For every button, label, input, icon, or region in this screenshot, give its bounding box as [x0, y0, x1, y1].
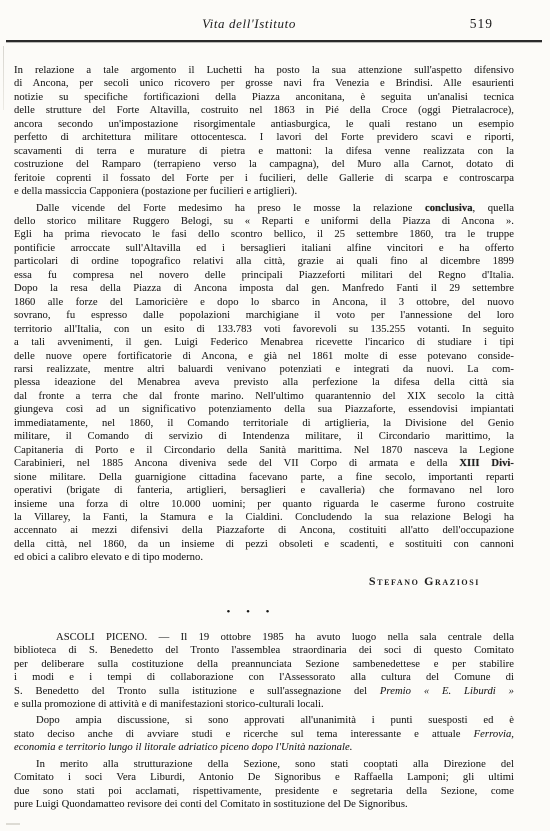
text-line: perfetto di architettura militare ottoce… — [14, 131, 514, 144]
text-line: immediatamente, nel 1860, il Comando ter… — [14, 417, 514, 430]
author-signature: Stefano Graziosi — [14, 574, 514, 589]
text-line: dal fronte a terra che dal fronte marino… — [14, 390, 514, 403]
paragraph: In merito alla strutturazione della Sezi… — [14, 758, 514, 812]
paragraph: In relazione a tale argomento il Luchett… — [14, 64, 514, 199]
text-segment: 1860 alle forze del Lamoricière e dopo l… — [14, 297, 514, 308]
text-line: Comitato i soci Vera Liburdi, Antonio De… — [14, 771, 514, 784]
text-line: territorio all'Italia, con un esito di 1… — [14, 323, 514, 336]
text-segment: ASCOLI PICENO. — Il 19 ottobre 1985 ha a… — [56, 632, 514, 643]
text-line: economia e territorio lungo il litorale … — [14, 741, 514, 754]
text-line: per deliberare sulla costituzione della … — [14, 658, 514, 671]
text-line: particolari di ordine topografico relati… — [14, 255, 514, 268]
text-line: militare, il Comando di servizio di Inte… — [14, 430, 514, 443]
text-line: notizie su specifiche fortificazioni del… — [14, 91, 514, 104]
text-line: dello storico militare Ruggero Belogi, s… — [14, 215, 514, 228]
text-line: della città, nel 1860, da un insieme di … — [14, 538, 514, 551]
text-line: Dopo la resa della Piazza di Ancona impo… — [14, 282, 514, 295]
running-title: Vita dell'Istituto — [14, 16, 514, 32]
text-segment: insieme una forza di oltre 10.000 uomini… — [14, 499, 514, 510]
text-segment: la Villarey, la Fanti, la Stamura e la C… — [14, 512, 514, 523]
text-segment: territorio all'Italia, con un esito di 1… — [14, 324, 514, 335]
text-line: biblioteca di S. Benedetto del Tronto l'… — [14, 644, 514, 657]
article-ascoli-body: ASCOLI PICENO. — Il 19 ottobre 1985 ha a… — [14, 631, 514, 812]
text-segment: e della massiccia Capponiera (postazione… — [14, 186, 297, 197]
text-segment: della città, nel 1860, da un insieme di … — [14, 539, 514, 550]
text-line: pure Luigi Quondamatteo revisore dei con… — [14, 798, 514, 811]
text-line: pontificie arroccate sull'Altavilla ed i… — [14, 242, 514, 255]
italic-text: economia e territorio lungo il litorale … — [14, 742, 352, 753]
text-segment: rarsi realizzate, mentre altri baluardi … — [14, 364, 514, 375]
text-line: rarsi realizzate, mentre altri baluardi … — [14, 363, 514, 376]
text-line: ed obici a calibro elevato e di tipo mod… — [14, 551, 514, 564]
text-line: essa fu compresa nel novero delle princi… — [14, 269, 514, 282]
text-line: Capitaneria di Porto e il Circondario de… — [14, 444, 514, 457]
text-line: accennato ai mezzi difensivi della Piazz… — [14, 524, 514, 537]
text-line: a tali avvenimenti, il gen. Luigi Federi… — [14, 336, 514, 349]
text-segment: dal fronte a terra che dal fronte marino… — [14, 391, 514, 402]
text-segment: accennato ai mezzi difensivi della Piazz… — [14, 525, 514, 536]
text-segment: In merito alla strutturazione della Sezi… — [36, 759, 514, 770]
text-segment: due sono stati poi acclamati, rispettiva… — [14, 786, 514, 797]
page-header: Vita dell'Istituto 519 — [14, 16, 514, 42]
text-segment: plessa ideazione del Menabrea aveva prev… — [14, 377, 514, 388]
text-line: delle strutture del Forte Altavilla, cos… — [14, 104, 514, 117]
text-line: ASCOLI PICENO. — Il 19 ottobre 1985 ha a… — [14, 631, 514, 644]
text-line: insieme una forza di oltre 10.000 uomini… — [14, 498, 514, 511]
text-segment: , quella — [473, 203, 514, 214]
text-line: e sulla promozione di attività e di mani… — [14, 698, 514, 711]
paragraph: ASCOLI PICENO. — Il 19 ottobre 1985 ha a… — [14, 631, 514, 712]
text-line: 1860 alle forze del Lamoricière e dopo l… — [14, 296, 514, 309]
text-segment: In relazione a tale argomento il Luchett… — [14, 65, 514, 76]
text-segment: ancora secondo un'impostazione risorgime… — [14, 119, 514, 130]
text-segment: immediatamente, nel 1860, il Comando ter… — [14, 418, 514, 429]
text-segment: scavamenti di terra e murature di pietra… — [14, 146, 514, 157]
text-line: In merito alla strutturazione della Sezi… — [14, 758, 514, 771]
text-line: Dalle vicende del Forte medesimo ha pres… — [14, 202, 514, 215]
italic-text: Premio « E. Liburdi » — [380, 686, 514, 697]
scan-artifact-line — [3, 46, 4, 110]
text-line: ancora secondo un'impostazione risorgime… — [14, 118, 514, 131]
text-segment: delle nuove opere fortificatorie di Anco… — [14, 351, 514, 362]
text-segment: Dopo ampia discussione, si sono approvat… — [36, 715, 514, 726]
text-line: sovrano, fu espresso dalle popolazioni m… — [14, 309, 514, 322]
paragraph: Dopo ampia discussione, si sono approvat… — [14, 714, 514, 754]
text-line: due sono stati poi acclamati, rispettiva… — [14, 785, 514, 798]
text-line: S. Benedetto del Tronto sulla istituzion… — [14, 685, 514, 698]
text-segment: i modi e i tempi di collaborazione con l… — [14, 672, 514, 683]
text-segment: a tali avvenimenti, il gen. Luigi Federi… — [14, 337, 514, 348]
paragraph: Dalle vicende del Forte medesimo ha pres… — [14, 202, 514, 565]
text-line: scavamenti di terra e murature di pietra… — [14, 145, 514, 158]
text-line: operativi (brigate di fanteria, artiglie… — [14, 484, 514, 497]
text-line: feritoie coprenti il fossato del Forte p… — [14, 172, 514, 185]
text-segment: Egli ha prima rievocato le fasi dello sc… — [14, 229, 514, 240]
text-segment: notizie su specifiche fortificazioni del… — [14, 92, 514, 103]
text-segment: delle strutture del Forte Altavilla, cos… — [14, 105, 514, 116]
bold-text: conclusiva — [425, 203, 473, 214]
text-line: Egli ha prima rievocato le fasi dello sc… — [14, 228, 514, 241]
text-segment: ed obici a calibro elevato e di tipo mod… — [14, 552, 203, 563]
text-line: In relazione a tale argomento il Luchett… — [14, 64, 514, 77]
text-segment: per deliberare sulla costituzione della … — [14, 659, 514, 670]
journal-page: Vita dell'Istituto 519 In relazione a ta… — [0, 0, 550, 831]
text-segment: particolari di ordine topografico relati… — [14, 256, 514, 267]
text-segment: stato deciso anche di avviare studi e ri… — [14, 729, 474, 740]
text-line: delle nuove opere fortificatorie di Anco… — [14, 350, 514, 363]
text-segment: feritoie coprenti il fossato del Forte p… — [14, 173, 514, 184]
text-line: Carabinieri, nel 1885 Ancona diveniva se… — [14, 457, 514, 470]
text-line: di Ancona, per secoli unico ricovero per… — [14, 77, 514, 90]
text-line: e della massiccia Capponiera (postazione… — [14, 185, 514, 198]
bold-text: XIII Divi- — [459, 458, 514, 469]
text-segment: sione militare. Della guarnigione cittad… — [14, 472, 514, 483]
text-segment: giungeva così ad un significativo potenz… — [14, 404, 514, 415]
text-segment: e sulla promozione di attività e di mani… — [14, 699, 324, 710]
text-line: plessa ideazione del Menabrea aveva prev… — [14, 376, 514, 389]
text-line: giungeva così ad un significativo potenz… — [14, 403, 514, 416]
text-line: i modi e i tempi di collaborazione con l… — [14, 671, 514, 684]
text-segment: pontificie arroccate sull'Altavilla ed i… — [14, 243, 514, 254]
text-segment: sovrano, fu espresso dalle popolazioni m… — [14, 310, 514, 321]
scan-artifact-speck — [6, 823, 20, 825]
text-segment: militare, il Comando di servizio di Inte… — [14, 431, 514, 442]
text-line: Dopo ampia discussione, si sono approvat… — [14, 714, 514, 727]
text-segment: Capitaneria di Porto e il Circondario de… — [14, 445, 514, 456]
text-segment: Dalle vicende del Forte medesimo ha pres… — [36, 203, 425, 214]
article-ancona-body: In relazione a tale argomento il Luchett… — [14, 64, 514, 565]
text-segment: biblioteca di S. Benedetto del Tronto l'… — [14, 645, 514, 656]
text-line: sione militare. Della guarnigione cittad… — [14, 471, 514, 484]
header-rule — [6, 40, 542, 43]
text-segment: Comitato i soci Vera Liburdi, Antonio De… — [14, 772, 514, 783]
text-segment: perfetto di architettura militare ottoce… — [14, 132, 514, 143]
section-separator: • • • — [14, 606, 514, 618]
text-line: la Villarey, la Fanti, la Stamura e la C… — [14, 511, 514, 524]
text-line: costruzione del Ramparo (terrapieno vers… — [14, 158, 514, 171]
italic-text: Ferrovia, — [474, 729, 514, 740]
text-line: stato deciso anche di avviare studi e ri… — [14, 728, 514, 741]
text-segment: operativi (brigate di fanteria, artiglie… — [14, 485, 514, 496]
text-segment: essa fu compresa nel novero delle princi… — [14, 270, 514, 281]
text-segment: S. Benedetto del Tronto sulla istituzion… — [14, 686, 380, 697]
text-segment: Dopo la resa della Piazza di Ancona impo… — [14, 283, 514, 294]
text-segment: Carabinieri, nel 1885 Ancona diveniva se… — [14, 458, 459, 469]
text-segment: dello storico militare Ruggero Belogi, s… — [14, 216, 514, 227]
page-number: 519 — [470, 16, 493, 32]
text-segment: costruzione del Ramparo (terrapieno vers… — [14, 159, 514, 170]
text-segment: di Ancona, per secoli unico ricovero per… — [14, 78, 514, 89]
text-segment: pure Luigi Quondamatteo revisore dei con… — [14, 799, 408, 810]
